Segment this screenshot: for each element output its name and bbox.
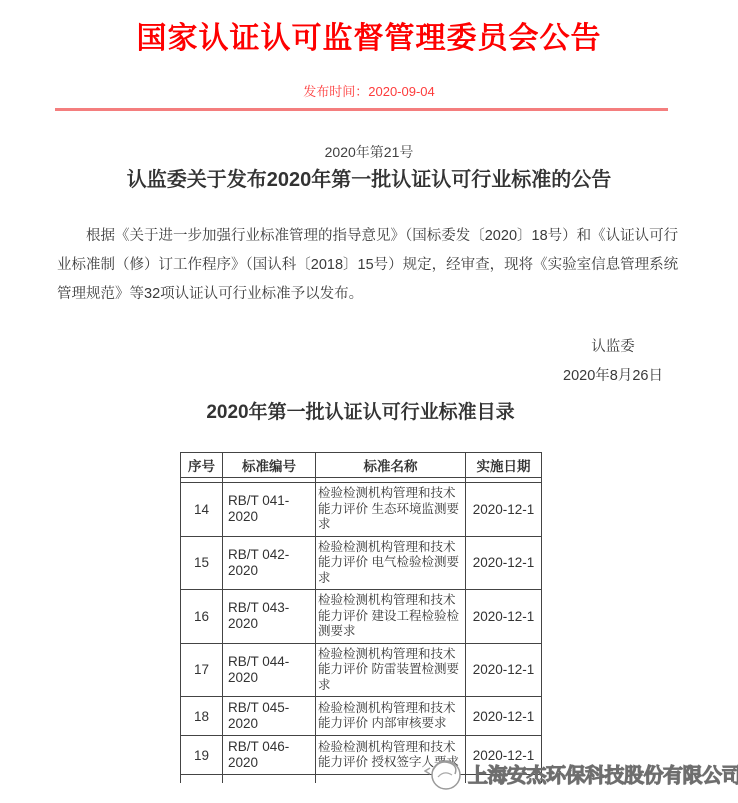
table-row: 16 RB/T 043-2020 检验检测机构管理和技术能力评价 建设工程检验检… [181, 590, 542, 644]
cell-date: 2020-12-1 [466, 736, 542, 775]
table-header-row: 序号 标准编号 标准名称 实施日期 [181, 453, 542, 478]
header-date: 实施日期 [466, 453, 542, 478]
cell-serial: 17 [181, 643, 223, 697]
cell-code: RB/T 044-2020 [223, 643, 316, 697]
cell-serial: 19 [181, 736, 223, 775]
cell-date: 2020-12-1 [466, 590, 542, 644]
signature-name: 认监委 [563, 333, 663, 362]
announcement-heading: 认监委关于发布2020年第一批认证认可行业标准的公告 [0, 167, 738, 193]
cell-name: 检验检测机构管理和技术能力评价 内部审核要求 [316, 697, 466, 736]
header-code: 标准编号 [223, 453, 316, 478]
table-row: 18 RB/T 045-2020 检验检测机构管理和技术能力评价 内部审核要求 … [181, 697, 542, 736]
cell-date: 2020-12-1 [466, 643, 542, 697]
cell-code: RB/T 046-2020 [223, 736, 316, 775]
header-name: 标准名称 [316, 453, 466, 478]
cell-serial: 18 [181, 697, 223, 736]
cell-date: 2020-12-1 [466, 697, 542, 736]
cell-serial: 15 [181, 536, 223, 590]
cell-name: 检验检测机构管理和技术能力评价 电气检验检测要求 [316, 536, 466, 590]
table-row: 19 RB/T 046-2020 检验检测机构管理和技术能力评价 授权签字人要求… [181, 736, 542, 775]
cell-name: 检验检测机构管理和技术能力评价 防雷装置检测要求 [316, 643, 466, 697]
signature-block: 认监委 2020年8月26日 [563, 333, 663, 391]
header-divider [55, 108, 668, 111]
document-number: 2020年第21号 [0, 144, 738, 160]
table-row: 17 RB/T 044-2020 检验检测机构管理和技术能力评价 防雷装置检测要… [181, 643, 542, 697]
cell-name: 检验检测机构管理和技术能力评价 生态环境监测要求 [316, 483, 466, 537]
table-row: 14 RB/T 041-2020 检验检测机构管理和技术能力评价 生态环境监测要… [181, 483, 542, 537]
cell-serial: 14 [181, 483, 223, 537]
announcement-body: 根据《关于进一步加强行业标准管理的指导意见》（国标委发〔2020〕18号）和《认… [57, 222, 690, 309]
cell-date: 2020-12-1 [466, 536, 542, 590]
cell-code: RB/T 043-2020 [223, 590, 316, 644]
cell-date: 2020-12-1 [466, 483, 542, 537]
cell-code: RB/T 045-2020 [223, 697, 316, 736]
page-title: 国家认证认可监督管理委员会公告 [0, 21, 738, 57]
partial-cutoff-row [181, 775, 542, 783]
table-title: 2020年第一批认证认可行业标准目录 [180, 401, 541, 425]
table-row: 15 RB/T 042-2020 检验检测机构管理和技术能力评价 电气检验检测要… [181, 536, 542, 590]
cell-code: RB/T 041-2020 [223, 483, 316, 537]
publish-date-line: 发布时间：2020-09-04 [0, 85, 738, 99]
announcement-page: 国家认证认可监督管理委员会公告 发布时间：2020-09-04 2020年第21… [0, 0, 738, 803]
cell-code: RB/T 042-2020 [223, 536, 316, 590]
cell-name: 检验检测机构管理和技术能力评价 建设工程检验检测要求 [316, 590, 466, 644]
cell-serial: 16 [181, 590, 223, 644]
header-serial: 序号 [181, 453, 223, 478]
signature-date: 2020年8月26日 [563, 362, 663, 391]
cell-name: 检验检测机构管理和技术能力评价 授权签字人要求 [316, 736, 466, 775]
standards-table: 序号 标准编号 标准名称 实施日期 14 RB/T 041-2020 检验检测机… [180, 452, 542, 783]
